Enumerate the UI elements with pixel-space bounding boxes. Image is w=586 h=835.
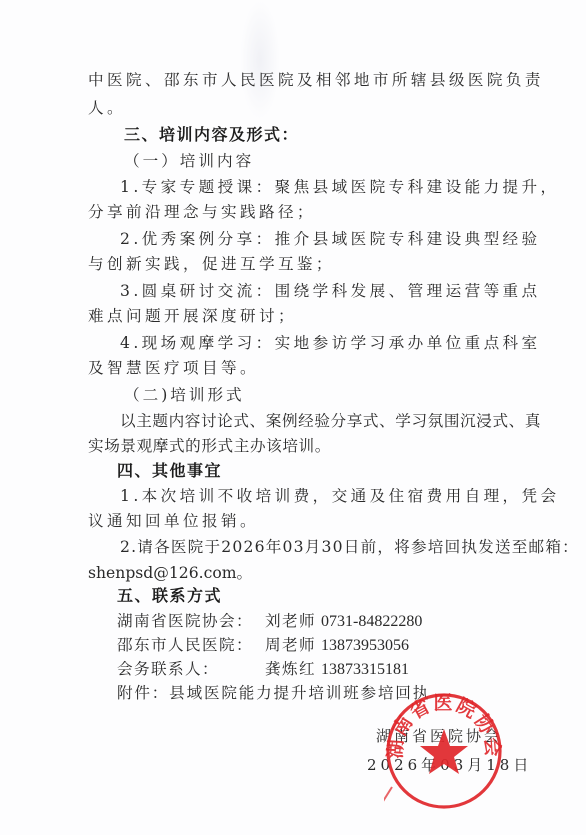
contact-phone: 13873953056 <box>321 637 409 654</box>
body-text: 中医院、邵东市人民医院及相邻地市所辖县级医院负责 <box>88 70 513 90</box>
list-item-cont: 难点问题开展深度研讨； <box>88 306 513 326</box>
list-item-cont: 及智慧医疗项目等。 <box>88 358 513 378</box>
body-text: 实场景观摩式的形式主办该培训。 <box>88 436 513 456</box>
contact-row: 邵东市人民医院：周老师13873953056 <box>117 635 542 656</box>
list-item: 2.优秀案例分享：推介县域医院专科建设典型经验 <box>120 229 545 249</box>
contact-phone: 0731-84822280 <box>321 613 422 630</box>
list-item-cont: 分享前沿理念与实践路径； <box>88 202 513 222</box>
contact-name: 刘老师 <box>265 611 321 631</box>
contact-phone: 13873315181 <box>321 661 409 678</box>
list-item: 1.专家专题授课：聚焦县域医院专科建设能力提升， <box>120 177 545 197</box>
section-heading-3: 三、培训内容及形式： <box>124 125 549 145</box>
list-item: 3.圆桌研讨交流：围绕学科发展、管理运营等重点 <box>120 281 545 301</box>
subsection-heading-2: （二)培训形式 <box>124 385 549 405</box>
document-page: 中医院、邵东市人民医院及相邻地市所辖县级医院负责 人。 三、培训内容及形式： （… <box>0 0 586 835</box>
list-item: 4.现场观摩学习：实地参访学习承办单位重点科室 <box>120 333 545 353</box>
subsection-heading-1: （一）培训内容 <box>124 151 549 171</box>
official-seal-icon: 湖南省医院协会 <box>384 691 504 811</box>
list-item-cont: 与创新实践，促进互学互鉴； <box>88 254 513 274</box>
contact-name: 龚炼红 <box>265 659 321 679</box>
section-heading-5: 五、联系方式 <box>117 586 542 606</box>
contact-org: 邵东市人民医院： <box>117 635 265 655</box>
contact-org: 会务联系人： <box>117 659 265 679</box>
contact-row: 湖南省医院协会：刘老师0731-84822280 <box>117 611 542 632</box>
section-heading-4: 四、其他事宜 <box>117 461 542 481</box>
list-item: 1.本次培训不收培训费，交通及住宿费用自理，凭会 <box>120 486 545 506</box>
body-text: 以主题内容讨论式、案例经验分享式、学习氛围沉浸式、真 <box>120 411 545 431</box>
email-text: shenpsd@126.com。 <box>88 563 513 583</box>
contact-name: 周老师 <box>265 635 321 655</box>
contact-org: 湖南省医院协会： <box>117 611 265 631</box>
contact-row: 会务联系人：龚炼红13873315181 <box>117 659 542 680</box>
body-text: 人。 <box>88 98 513 118</box>
list-item-cont: 议通知回单位报销。 <box>88 511 513 531</box>
list-item: 2.请各医院于2026年03月30日前，将参培回执发送至邮箱： <box>120 537 545 557</box>
